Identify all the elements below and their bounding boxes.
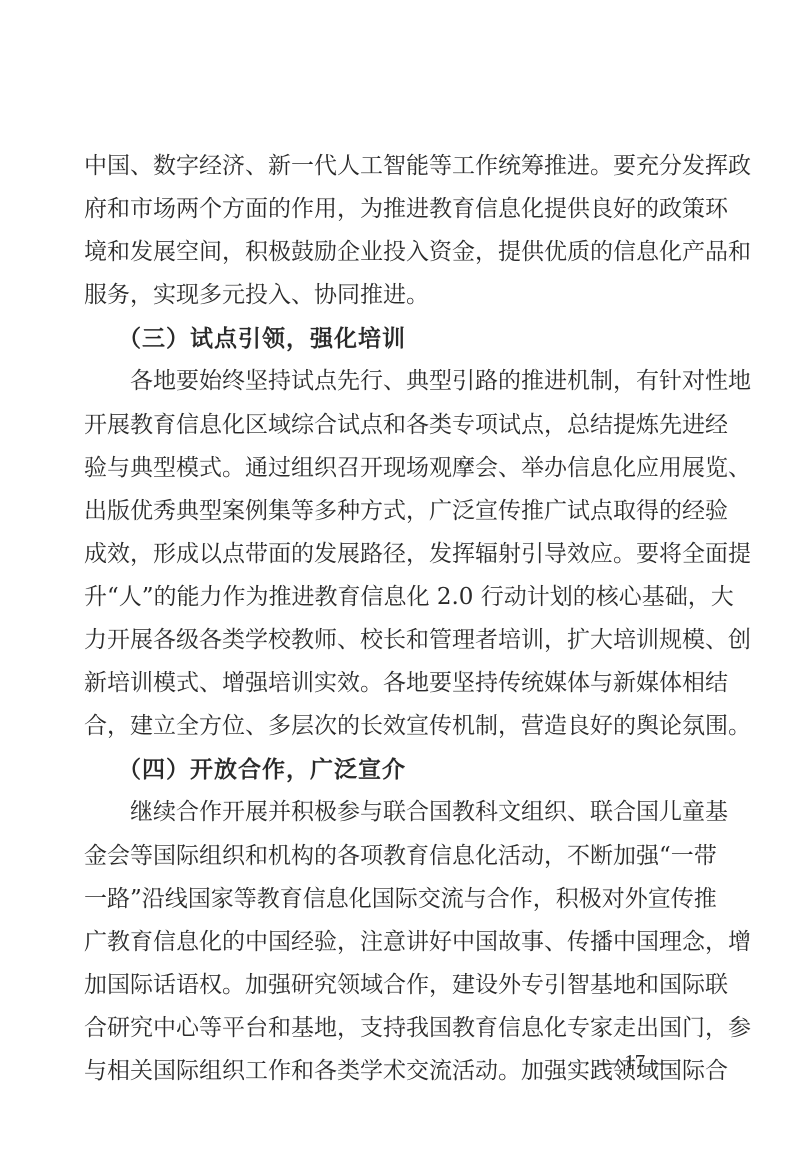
paragraph-line: 开展教育信息化区域综合试点和各类专项试点，总结提炼先进经 xyxy=(84,404,690,447)
paragraph-line: 加国际话语权。加强研究领域合作，建设外专引智基地和国际联 xyxy=(84,964,690,1007)
paragraph-line: 金会等国际组织和机构的各项教育信息化活动，不断加强“一带 xyxy=(84,835,690,878)
paragraph-line: 验与典型模式。通过组织召开现场观摩会、举办信息化应用展览、 xyxy=(84,447,690,490)
paragraph-line: 成效，形成以点带面的发展路径，发挥辐射引导效应。要将全面提 xyxy=(84,533,690,576)
document-body: 中国、数字经济、新一代人工智能等工作统筹推进。要充分发挥政 府和市场两个方面的作… xyxy=(84,145,690,1093)
paragraph-line: 合，建立全方位、多层次的长效宣传机制，营造良好的舆论氛围。 xyxy=(84,705,690,748)
paragraph-line: 一路”沿线国家等教育信息化国际交流与合作，积极对外宣传推 xyxy=(84,878,690,921)
paragraph-line: 各地要始终坚持试点先行、典型引路的推进机制，有针对性地 xyxy=(84,360,690,403)
paragraph-line: 升“人”的能力作为推进教育信息化 2.0 行动计划的核心基础，大 xyxy=(84,576,690,619)
paragraph-line: 新培训模式、增强培训实效。各地要坚持传统媒体与新媒体相结 xyxy=(84,662,690,705)
section-heading-4: （四）开放合作，广泛宣介 xyxy=(84,748,690,791)
document-page: 中国、数字经济、新一代人工智能等工作统筹推进。要充分发挥政 府和市场两个方面的作… xyxy=(0,0,799,1175)
paragraph-line: 力开展各级各类学校教师、校长和管理者培训，扩大培训规模、创 xyxy=(84,619,690,662)
paragraph-line: 府和市场两个方面的作用，为推进教育信息化提供良好的政策环 xyxy=(84,188,690,231)
paragraph-line: 继续合作开展并积极参与联合国教科文组织、联合国儿童基 xyxy=(84,791,690,834)
paragraph-line: 服务，实现多元投入、协同推进。 xyxy=(84,274,690,317)
section-heading-3: （三）试点引领，强化培训 xyxy=(84,317,690,360)
page-number: — 17 — xyxy=(598,1050,668,1075)
paragraph-line: 中国、数字经济、新一代人工智能等工作统筹推进。要充分发挥政 xyxy=(84,145,690,188)
paragraph-line: 出版优秀典型案例集等多种方式，广泛宣传推广试点取得的经验 xyxy=(84,490,690,533)
paragraph-line: 广教育信息化的中国经验，注意讲好中国故事、传播中国理念，增 xyxy=(84,921,690,964)
paragraph-line: 合研究中心等平台和基地，支持我国教育信息化专家走出国门，参 xyxy=(84,1007,690,1050)
paragraph-line: 境和发展空间，积极鼓励企业投入资金，提供优质的信息化产品和 xyxy=(84,231,690,274)
